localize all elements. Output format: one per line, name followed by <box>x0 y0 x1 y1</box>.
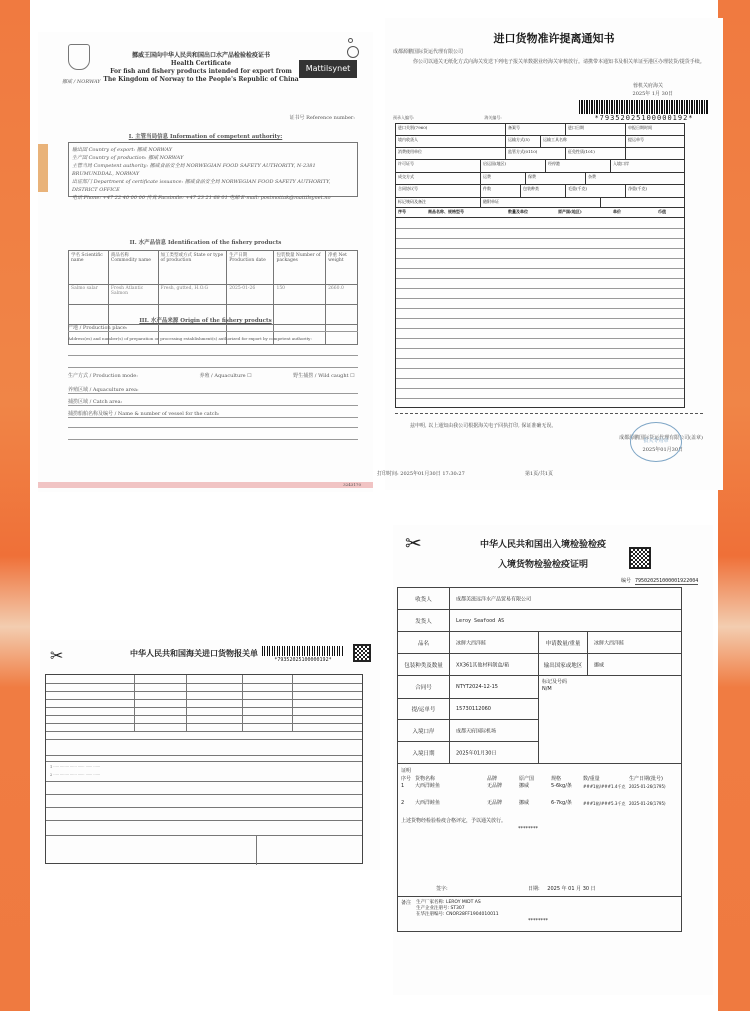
mattilsynet-logo: Mattilsynet <box>299 60 357 78</box>
qr-code-icon <box>353 644 371 662</box>
aquaculture-area: 养殖区域 / Aquaculture area: <box>68 386 358 394</box>
stamp-mark <box>38 144 48 192</box>
sign-date: 日期: 2025 年 01 月 30 日 <box>528 886 596 893</box>
notice-body: 你公司以通关无纸化方式向海关发送下列电子报关单数据业经海关审核放行。请携带本通知… <box>393 58 713 66</box>
authority-box: 输出国 Country of export: 挪威 NORWAY 生产国 Cou… <box>68 142 358 197</box>
declaration-grid: 1 ····· ········ ······ ······ ······ ··… <box>45 674 363 864</box>
release-notice: 进口货物准许提离通知书 成都源鹏国际货运代理有限公司 你公司以通关无纸化方式向海… <box>385 18 723 490</box>
notice-title: 进口货物准许提离通知书 <box>385 30 723 46</box>
certificate-title-2: 入境货物检验检疫证明 <box>383 557 703 570</box>
company-seal: 报关专用章 <box>630 422 682 462</box>
page-indicator: 第1页/共1页 <box>525 470 713 478</box>
health-certificate: 挪威 / NORWAY 挪威王国向中华人民共和国出口水产品检验检疫证书 Heal… <box>38 32 373 492</box>
remarks: 生产厂家名称: LEROY MIDT AS 生产企业注册号: ST307 在华注… <box>416 900 499 918</box>
section-2-title: II. 水产品信息 Identification of the fishery … <box>38 238 373 246</box>
inspection-certificate: ✂ 中华人民共和国出入境检验检疫 入境货物检验检疫证明 编号7950202510… <box>393 525 713 995</box>
remarks-label: 备注 <box>401 900 411 907</box>
goods-header: 序号 货物名称 品牌 原产国 规格 数/重量 生产日期(批号) <box>401 776 681 783</box>
certificate-title: 挪威王国向中华人民共和国出口水产品检验检疫证书 Health Certifica… <box>96 52 306 84</box>
table-row: Salmo salarFresh Atlantic SalmonFresh, g… <box>69 285 358 305</box>
country-label: 挪威 / NORWAY <box>62 78 101 85</box>
bubble-icon <box>348 38 353 43</box>
customs-declaration: ✂ 中华人民共和国海关进口货物报关单 *79352025100000192* 1… <box>40 640 380 870</box>
barcode-icon <box>579 100 709 114</box>
certificate-number: 编号795020251000001922004 <box>621 577 698 585</box>
bubble-icon <box>347 46 359 58</box>
section-1-title: I. 主管当局信息 Information of competent autho… <box>38 132 373 140</box>
divider <box>395 413 703 414</box>
barcode-icon <box>262 646 344 656</box>
goods-row: 2 大西洋鲑鱼 无品牌 挪威 6-7kg/条 ###1箱/###5.3千克 20… <box>401 800 681 807</box>
vessel-field: 捕捞船舶名称及编号 / Name & number of vessel for … <box>68 410 358 418</box>
production-place: 产地 / Production place: <box>68 324 358 332</box>
customs-emblem-icon: ✂ <box>50 646 63 665</box>
signature-label: 签字: <box>436 886 448 893</box>
company-name: 成都源鹏国际货运代理有限公司 <box>393 48 713 56</box>
conclusion-text: 上述货物经检验检疫合格评定，予以通关放行。 <box>401 818 506 825</box>
production-mode: 生产方式 / Production mode: 养殖 / Aquaculture… <box>68 372 358 379</box>
declaration-grid: 进口关别(7960)备案号进口日期申报日期时间 境内收货人运输方式(5)运输工具… <box>395 123 685 408</box>
certificate-title-1: 中华人民共和国出入境检验检疫 <box>383 537 703 550</box>
declaration-title: 中华人民共和国海关进口货物报关单 <box>130 648 258 659</box>
orange-border-left <box>0 0 30 1011</box>
address-label: Address(es) and number(s) of preparation… <box>68 336 358 341</box>
reference-number: 证书号 Reference number: <box>290 114 355 121</box>
goods-row: 1 大西洋鲑鱼 无品牌 挪威 5-6kg/条 ###1箱/###1.4千克 20… <box>401 783 681 790</box>
certificate-table: 收货人成都美滋远洋水产品贸易有限公司 发货人Leroy Seafood AS 品… <box>397 587 682 932</box>
certificate-footer: 3243170 <box>38 482 373 488</box>
norway-crest-icon <box>68 44 90 70</box>
section-3-title: III. 水产品来源 Origin of the fishery product… <box>38 316 373 324</box>
qr-code-icon <box>629 547 651 569</box>
catch-area: 捕捞区域 / Catch area: <box>68 398 358 406</box>
